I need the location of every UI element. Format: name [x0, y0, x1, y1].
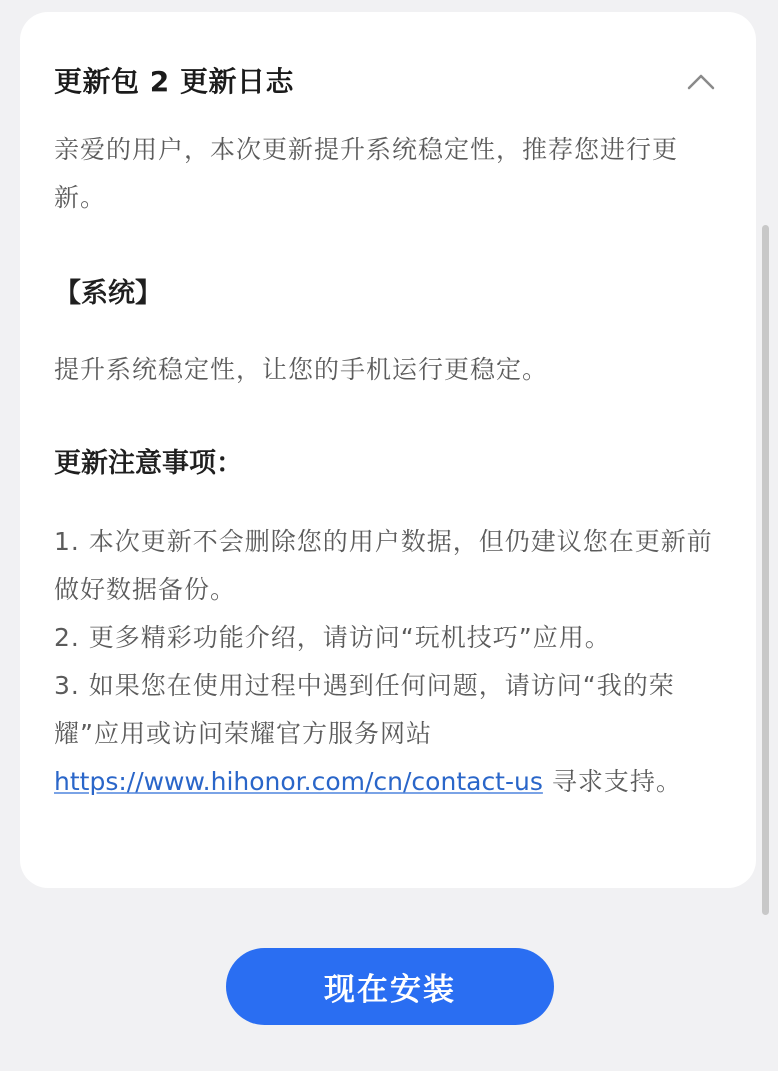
scrollbar[interactable] — [762, 225, 769, 915]
note-item-3: 3. 如果您在使用过程中遇到任何问题，请访问“我的荣耀”应用或访问荣耀官方服务网… — [54, 662, 714, 806]
chevron-up-icon[interactable] — [686, 70, 716, 94]
note-item-2: 2. 更多精彩功能介绍，请访问“玩机技巧”应用。 — [54, 614, 714, 662]
intro-text: 亲爱的用户，本次更新提升系统稳定性，推荐您进行更新。 — [54, 126, 714, 222]
changelog-card: 更新包 2 更新日志 亲爱的用户，本次更新提升系统稳定性，推荐您进行更新。 【系… — [20, 12, 756, 888]
note-item-3-suffix: 寻求支持。 — [543, 767, 682, 796]
notes-heading: 更新注意事项： — [54, 444, 243, 484]
system-section-text: 提升系统稳定性，让您的手机运行更稳定。 — [54, 346, 714, 394]
notes-list: 1. 本次更新不会删除您的用户数据，但仍建议您在更新前做好数据备份。 2. 更多… — [54, 518, 714, 806]
card-header[interactable]: 更新包 2 更新日志 — [54, 62, 722, 102]
note-item-1: 1. 本次更新不会删除您的用户数据，但仍建议您在更新前做好数据备份。 — [54, 518, 714, 614]
install-now-button[interactable]: 现在安装 — [226, 948, 554, 1025]
system-section-heading: 【系统】 — [54, 274, 162, 314]
changelog-title: 更新包 2 更新日志 — [54, 65, 294, 98]
contact-us-link[interactable]: https://www.hihonor.com/cn/contact-us — [54, 767, 543, 796]
note-item-3-text: 3. 如果您在使用过程中遇到任何问题，请访问“我的荣耀”应用或访问荣耀官方服务网… — [54, 671, 675, 748]
